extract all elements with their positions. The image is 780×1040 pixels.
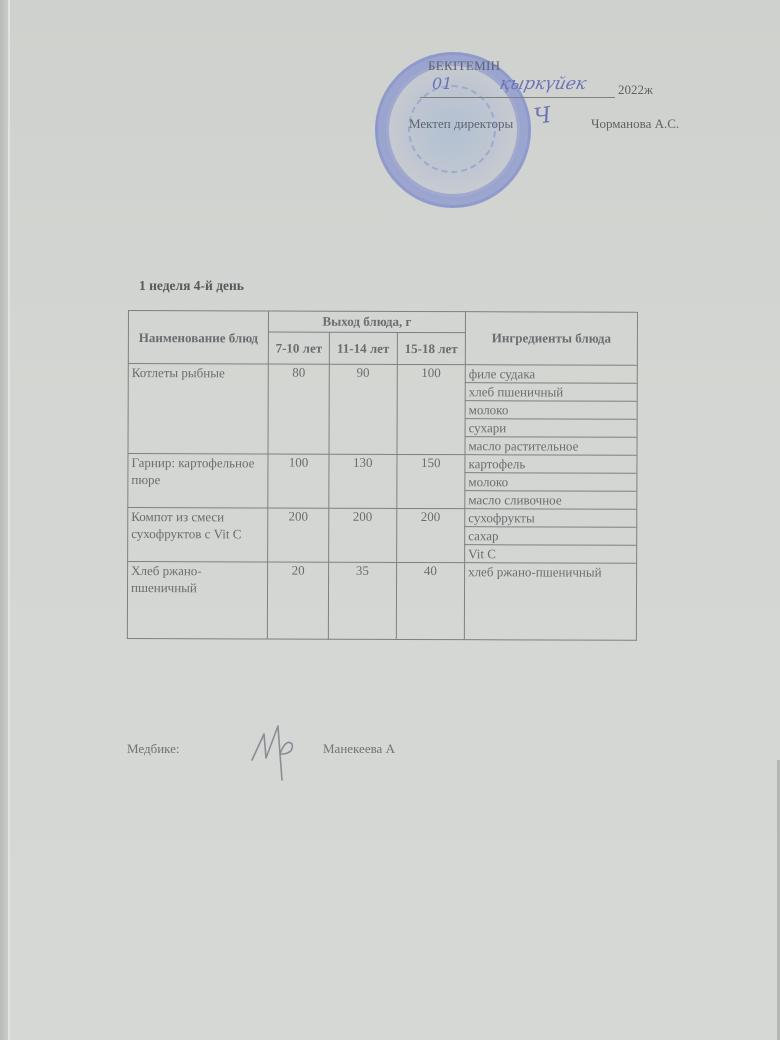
nurse-name: Манекеева А: [323, 741, 395, 757]
approval-heading: БЕКІТЕМІН: [428, 58, 500, 74]
ingredient: сухари: [465, 419, 637, 438]
ingredient: хлеб пшеничный: [465, 383, 637, 402]
ingredient: масло сливочное: [465, 491, 637, 510]
yield-value: 90: [329, 364, 397, 454]
dish-name: Гарнир: картофельное пюре: [128, 454, 268, 508]
table-row: Хлеб ржано-пшеничный 20 35 40 хлеб ржано…: [127, 562, 636, 641]
ingredient: Vit C: [465, 545, 637, 564]
director-name: Чорманова А.С.: [591, 116, 679, 132]
yield-value: 130: [329, 454, 397, 508]
ingredient: филе судака: [465, 365, 637, 384]
ingredient: молоко: [465, 401, 637, 420]
table-row: Котлеты рыбные 80 90 100 филе судака: [128, 364, 637, 384]
ingredient: молоко: [465, 473, 637, 492]
director-label: Мектеп директоры: [409, 116, 513, 132]
menu-table: Наименование блюд Выход блюда, г Ингреди…: [127, 310, 638, 641]
approval-date-year: 2022ж: [618, 82, 653, 98]
header-yield: Выход блюда, г: [268, 311, 465, 333]
header-age-group: 15-18 лет: [397, 333, 466, 365]
ingredient: картофель: [465, 455, 637, 474]
menu-day-title: 1 неделя 4-й день: [139, 278, 244, 294]
table-row: Компот из смеси сухофруктов с Vit C 200 …: [128, 508, 637, 528]
ingredient: сухофрукты: [465, 509, 637, 528]
nurse-signature: [250, 720, 300, 790]
yield-value: 100: [397, 364, 466, 454]
yield-value: 20: [267, 562, 328, 639]
dish-name: Компот из смеси сухофруктов с Vit C: [128, 508, 268, 562]
approval-date-day: 01: [432, 74, 452, 93]
yield-value: 40: [396, 562, 465, 639]
yield-value: 200: [329, 508, 397, 562]
header-ingredients: Ингредиенты блюда: [465, 312, 637, 366]
header-dish-name: Наименование блюд: [128, 311, 268, 364]
approval-date-month: қыркүйек: [498, 74, 588, 94]
table-row: Гарнир: картофельное пюре 100 130 150 ка…: [128, 454, 637, 474]
yield-value: 35: [328, 562, 396, 639]
ingredient: хлеб ржано-пшеничный: [464, 563, 636, 641]
yield-value: 80: [268, 364, 329, 454]
ingredient: масло растительное: [465, 437, 637, 456]
header-age-group: 11-14 лет: [329, 333, 397, 365]
yield-value: 150: [396, 454, 465, 508]
dish-name: Хлеб ржано-пшеничный: [127, 562, 267, 639]
director-signature: Ч: [532, 103, 552, 130]
yield-value: 200: [268, 508, 329, 562]
nurse-label: Медбике:: [127, 741, 180, 757]
dish-name: Котлеты рыбные: [128, 364, 268, 454]
yield-value: 200: [396, 508, 465, 562]
header-age-group: 7-10 лет: [268, 332, 329, 364]
paper-edge-left: [0, 0, 8, 1040]
ingredient: сахар: [465, 527, 637, 546]
yield-value: 100: [268, 454, 329, 508]
